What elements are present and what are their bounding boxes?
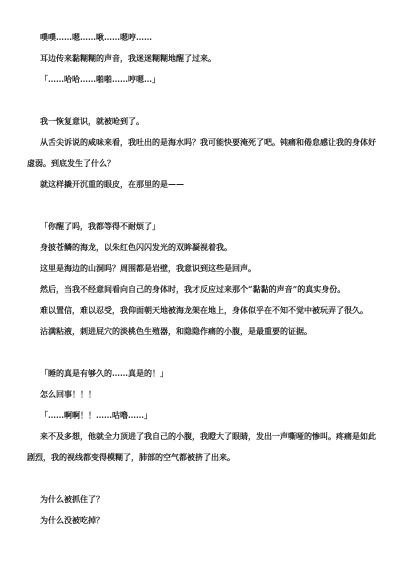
paragraph-waking: 耳边传来黏糊糊的声音，我迷迷糊糊地醒了过来。 [27,48,377,69]
paragraph-question: 为什么被抓住了？ [27,489,377,510]
document-page: 噗噗……嗯……啾……嗯哼…… 耳边传来黏糊糊的声音，我迷迷糊糊地醒了过来。 「…… [27,27,377,531]
blank-line [27,90,377,111]
blank-line [27,468,377,489]
paragraph-choking: 我一恢复意识，就被呛到了。 [27,111,377,132]
paragraph-seawater: 从舌尖诉说的咸味来看，我吐出的是海水吗？我可能快要淹死了吧。钝痛和倦怠感让我的身… [27,132,377,174]
paragraph-disbelief: 难以置信，难以忍受，我仰面朝天地被海龙架在地上，身体似乎在不知不觉中被玩弄了很久… [27,300,377,321]
paragraph-pain: 来不及多想，他就全力顶进了我自己的小腹，我瞪大了眼睛，发出一声嘶哑的惨叫。疼痛是… [27,426,377,468]
paragraph-question: 为什么没被吃掉？ [27,510,377,531]
blank-line [27,342,377,363]
blank-line [27,195,377,216]
paragraph-eyelids: 就这样撬开沉重的眼皮，在那里的是—— [27,174,377,195]
paragraph-dialogue: 「你醒了吗，我都等得不耐烦了」 [27,216,377,237]
paragraph-exclamation: 怎么回事！！！ [27,384,377,405]
paragraph-realization: 然后，当我不经意间看向自己的身体时，我才反应过来那个“黏黏的声音”的真实身份。 [27,279,377,300]
paragraph-sound-effects: 噗噗……嗯……啾……嗯哼…… [27,27,377,48]
paragraph-cave: 这里是海边的山洞吗？周围都是岩壁，我意识到这些是回声。 [27,258,377,279]
paragraph-evidence: 沾满粘液，刺进屁穴的淡桃色生殖器，和隐隐作痛的小腹，是最重要的证据。 [27,321,377,342]
paragraph-sea-dragon: 身披苍鳞的海龙，以朱红色闪闪发光的双眸凝视着我。 [27,237,377,258]
paragraph-dialogue: 「……哈哈……啪啪……哼嗯…」 [27,69,377,90]
paragraph-dialogue: 「睡的真是有够久的……真是的！」 [27,363,377,384]
paragraph-dialogue: 「……啊啊！！……咕噜……」 [27,405,377,426]
